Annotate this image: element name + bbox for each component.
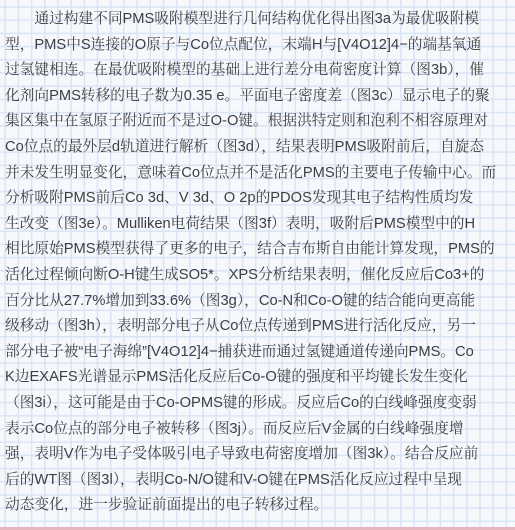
text-line: 型，PMS中S连接的O原子与Co位点配位，末端H与[V4O12]4−的端基氧通	[5, 33, 513, 59]
text-line: 活化过程倾向断O-H键生成SO5*。XPS分析结果表明，催化反应后Co3+的	[5, 263, 513, 289]
text-line: 表示Co位点的部分电子被转移（图3j）。而反应后V金属的白线峰强度增	[5, 417, 513, 443]
text-line: 化剂向PMS转移的电子数为0.35 e。平面电子密度差（图3c）显示电子的聚	[5, 84, 513, 110]
page: { "colors": { "page_background": "#f6f8f…	[0, 0, 515, 530]
text-line: 过氢键相连。在最优吸附模型的基础上进行差分电荷密度计算（图3b），催	[5, 58, 513, 84]
text-line: 级移动（图3h），表明部分电子从Co位点传递到PMS进行活化反应，另一	[5, 314, 513, 340]
text-line: 集区集中在氢原子附近而不是过O-O键。根据洪特定则和泡利不相容原理对	[5, 109, 513, 135]
text-line: 并未发生明显变化，意味着Co位点并不是活化PMS的主要电子传输中心。而	[5, 161, 513, 187]
text-line: 相比原始PMS模型获得了更多的电子，结合吉布斯自由能计算发现，PMS的	[5, 237, 513, 263]
text-line: Co位点的最外层d轨道进行解析（图3d），结果表明PMS吸附前后，自旋态	[5, 135, 513, 161]
text-line: 百分比从27.7%增加到33.6%（图3g），Co-N和Co-O键的结合能向更高…	[5, 289, 513, 315]
text-line: 后的WT图（图3l），表明Co-N/O键和V-O键在PMS活化反应过程中呈现	[5, 468, 513, 494]
text-line: 通过构建不同PMS吸附模型进行几何结构优化得出图3a为最优吸附模	[5, 7, 513, 33]
text-line: 分析吸附PMS前后Co 3d、V 3d、O 2p的PDOS发现其电子结构性质均发	[5, 186, 513, 212]
text-line: 动态变化，进一步验证前面提出的电子转移过程。	[5, 493, 513, 519]
text-line: 强，表明V作为电子受体吸引电子导致电荷密度增加（图3k）。结合反应前	[5, 442, 513, 468]
article-paragraph: 通过构建不同PMS吸附模型进行几何结构优化得出图3a为最优吸附模型，PMS中S连…	[0, 0, 515, 519]
text-line: K边EXAFS光谱显示PMS活化反应后Co-O键的强度和平均键长发生变化	[5, 365, 513, 391]
text-line: 部分电子被“电子海绵”[V4O12]4−捕获进而通过氢键通道传递向PMS。Co	[5, 340, 513, 366]
text-line: 生改变（图3e）。Mulliken电荷结果（图3f）表明，吸附后PMS模型中的H	[5, 212, 513, 238]
text-line: （图3i），这可能是由于Co-OPMS键的形成。反应后Co的白线峰强度变弱	[5, 391, 513, 417]
